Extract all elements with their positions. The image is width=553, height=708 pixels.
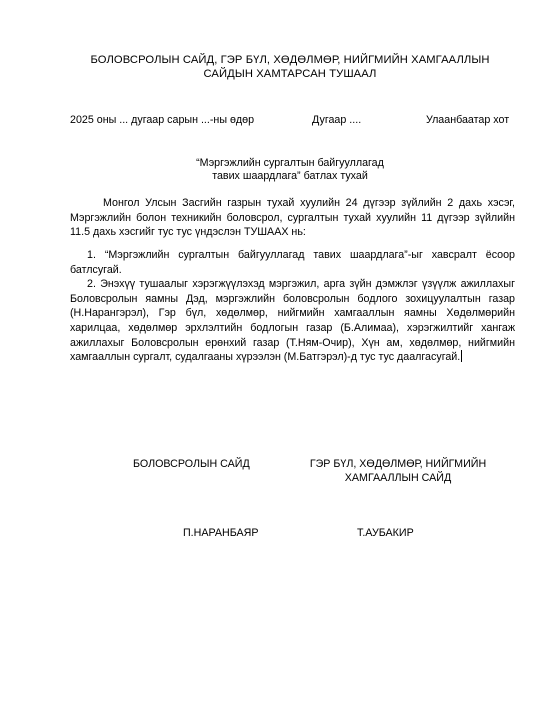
signer-right-title: ГЭР БҮЛ, ХӨДӨЛМӨР, НИЙГМИЙН ХАМГААЛЛЫН С…: [303, 457, 493, 485]
subject-line-2: тавих шаардлага” батлах тухай: [170, 170, 410, 183]
signer-right-title-line-1: ГЭР БҮЛ, ХӨДӨЛМӨР, НИЙГМИЙН: [303, 457, 493, 471]
order-subject: “Мэргэжлийн сургалтын байгууллагад тавих…: [170, 157, 410, 183]
order-number: Дугаар ....: [312, 114, 361, 126]
subject-line-1: “Мэргэжлийн сургалтын байгууллагад: [170, 157, 410, 170]
order-item[interactable]: 1. “Мэргэжлийн сургалтын байгууллагад та…: [70, 248, 515, 277]
item-number: 1.: [87, 249, 96, 261]
signer-left-title: БОЛОВСРОЛЫН САЙД: [133, 457, 250, 471]
text-cursor: [461, 350, 462, 362]
item-text: “Мэргэжлийн сургалтын байгууллагад тавих…: [70, 249, 515, 276]
signer-right-title-line-2: ХАМГААЛЛЫН САЙД: [303, 471, 493, 485]
header-line-1: БОЛОВСРОЛЫН САЙД, ГЭР БҮЛ, ХӨДӨЛМӨР, НИЙ…: [60, 53, 520, 67]
order-item[interactable]: 2. Энэхүү тушаалыг хэрэгжүүлэхэд мэргэжи…: [70, 277, 515, 365]
document-page[interactable]: БОЛОВСРОЛЫН САЙД, ГЭР БҮЛ, ХӨДӨЛМӨР, НИЙ…: [0, 0, 553, 708]
order-meta: 2025 оны ... дугаар сарын ...-ны өдөр Ду…: [70, 114, 510, 128]
item-text: Энэхүү тушаалыг хэрэгжүүлэхэд мэргэжил, …: [70, 278, 515, 363]
item-number: 2.: [87, 278, 96, 290]
intro-paragraph[interactable]: Монгол Улсын Засгийн газрын тухай хуулий…: [70, 196, 515, 240]
order-city: Улаанбаатар хот: [426, 114, 509, 126]
signer-right-name: Т.АУБАКИР: [357, 527, 414, 539]
order-date: 2025 оны ... дугаар сарын ...-ны өдөр: [70, 114, 254, 126]
order-items-list: 1. “Мэргэжлийн сургалтын байгууллагад та…: [70, 248, 515, 365]
header-line-2: САЙДЫН ХАМТАРСАН ТУШААЛ: [60, 67, 520, 81]
signer-left-name: П.НАРАНБАЯР: [183, 527, 259, 539]
order-header: БОЛОВСРОЛЫН САЙД, ГЭР БҮЛ, ХӨДӨЛМӨР, НИЙ…: [60, 53, 520, 81]
